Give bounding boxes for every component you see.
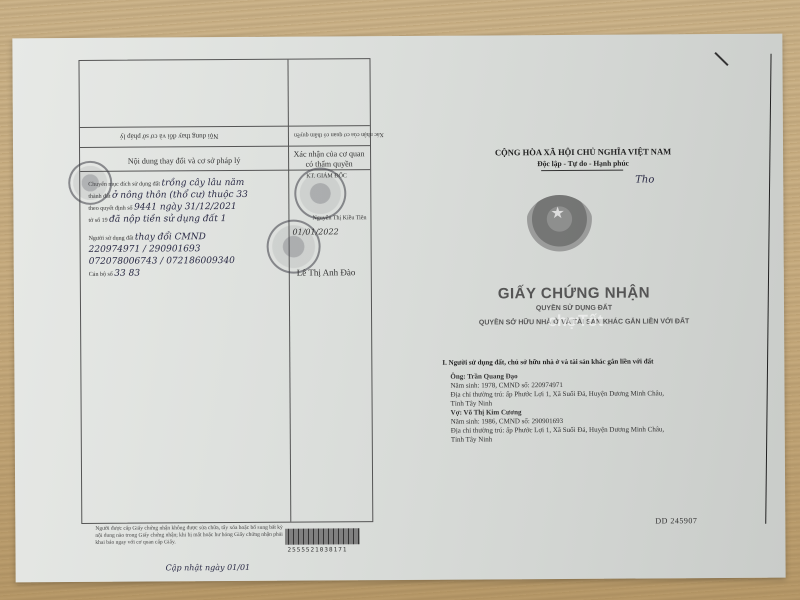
handwriting: đã nộp tiền sử dụng đất 1 — [109, 214, 226, 225]
owner-2-address-2: Tỉnh Tây Ninh — [451, 435, 493, 443]
watermark: chợTốt — [548, 313, 603, 331]
entry-line-5: Người sử dụng đất thay đổi CMND — [89, 232, 206, 243]
entry-line-8: Cán bộ số 33 83 — [89, 269, 140, 279]
confirm-deputy: Nguyễn Thị Kiều Tiên — [312, 215, 366, 221]
motto-underline — [541, 170, 623, 172]
label: Cán bộ số — [89, 272, 113, 278]
owner-1-name: Ông: Trần Quang Đạo — [450, 372, 517, 380]
handwriting: 33 83 — [114, 269, 140, 279]
label: theo quyết định số — [88, 206, 132, 212]
handwriting: thay đổi CMND — [135, 232, 206, 242]
scribble: Tho — [635, 174, 654, 185]
row-divider — [80, 145, 370, 148]
header-confirm-1: Xác nhận của cơ quan — [288, 149, 370, 159]
confirm-signer-title: KT. GIÁM ĐỐC — [306, 173, 347, 179]
entry-line-3: theo quyết định số 9441 ngày 31/12/2021 — [88, 202, 236, 213]
handwriting: 072078006743 / 072186009340 — [89, 256, 235, 267]
change-log-table: Nội dung thay đổi và cơ sở pháp lý Xác n… — [78, 58, 373, 524]
owner-2-name: Vợ: Võ Thị Kim Cương — [451, 408, 522, 416]
certificate-title: GIẤY CHỨNG NHẬN — [444, 284, 704, 303]
certificate-subtitle-1: QUYỀN SỬ DỤNG ĐẤT — [444, 304, 704, 313]
handwriting: ở nông thôn (thổ cư) thuộc 33 — [112, 190, 248, 201]
star-icon: ★ — [550, 203, 564, 223]
upside-down-header-right: Xác nhận của cơ quan có thẩm quyền — [294, 131, 384, 138]
fold-edge — [765, 54, 771, 524]
pen-mark — [714, 52, 728, 66]
footnote: Người được cấp Giấy chứng nhận không đượ… — [95, 525, 285, 547]
serial-number: DD 245907 — [655, 516, 697, 525]
motto: Độc lập - Tự do - Hạnh phúc — [463, 158, 703, 168]
confirm-date: 01/01/2022 — [293, 227, 339, 236]
owner-1-birth: Năm sinh: 1978, CMND số: 220974971 — [450, 381, 562, 390]
bottom-handwriting: Cập nhật ngày 01/01 — [166, 563, 251, 573]
entry-line-4: tờ số 19 đã nộp tiền sử dụng đất 1 — [88, 214, 226, 225]
confirm-signer-name: Lê Thị Anh Đào — [297, 267, 356, 277]
owner-1-address: Địa chỉ thường trú: ấp Phước Lợi 1, Xã S… — [451, 389, 664, 398]
handwriting: 220974971 / 290901693 — [89, 244, 201, 255]
handwriting: trồng cây lâu năm — [161, 178, 244, 189]
owner-2-address: Địa chỉ thường trú: ấp Phước Lợi 1, Xã S… — [451, 425, 664, 434]
header-confirm-2: có thẩm quyền — [288, 159, 370, 169]
barcode — [285, 528, 359, 544]
owner-2-birth: Năm sinh: 1986, CMND số: 290901693 — [451, 417, 563, 426]
label: Người sử dụng đất — [89, 236, 134, 242]
row-divider — [80, 125, 370, 128]
entry-line-2: thành đất ở nông thôn (thổ cư) thuộc 33 — [88, 190, 248, 201]
section-1-heading: I. Người sử dụng đất, chủ sở hữu nhà ở v… — [442, 357, 653, 366]
certificate-paper: Nội dung thay đổi và cơ sở pháp lý Xác n… — [12, 34, 785, 583]
barcode-number: 2555521038171 — [287, 546, 347, 553]
label: tờ số 19 — [88, 218, 107, 224]
official-seal-stamp — [68, 161, 112, 205]
owner-1-address-2: Tỉnh Tây Ninh — [451, 399, 493, 407]
entry-line-6: 220974971 / 290901693 — [89, 244, 201, 255]
handwriting: 9441 ngày 31/12/2021 — [134, 202, 237, 213]
entry-line-7: 072078006743 / 072186009340 — [89, 256, 235, 267]
upside-down-header-left: Nội dung thay đổi và cơ sở pháp lý — [120, 132, 218, 141]
nation-header: CỘNG HÒA XÃ HỘI CHỦ NGHĨA VIỆT NAM — [463, 146, 703, 157]
header-change: Nội dung thay đổi và cơ sở pháp lý — [80, 156, 288, 166]
column-divider — [287, 60, 291, 522]
